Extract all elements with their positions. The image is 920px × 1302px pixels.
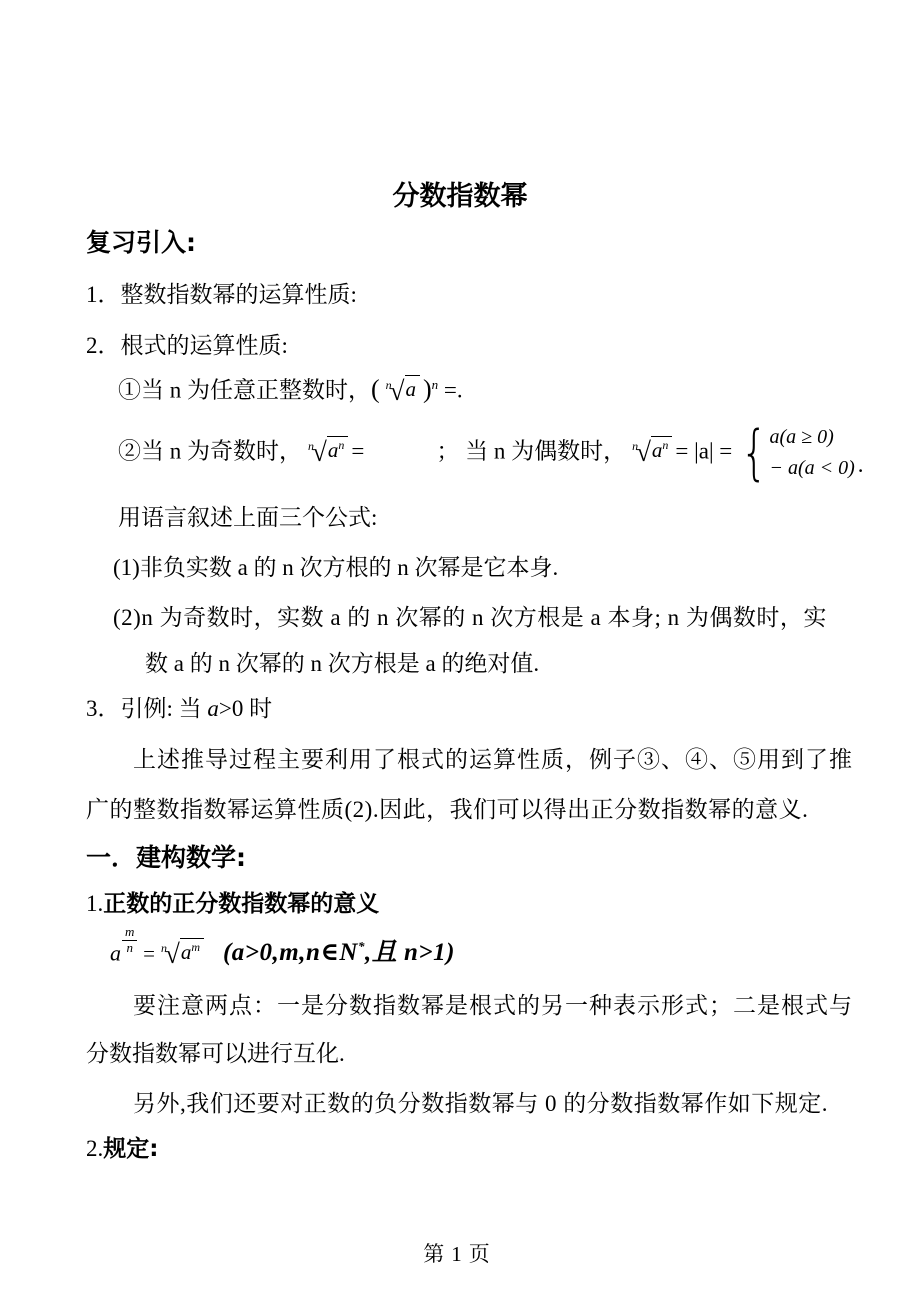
definition-formula-line: amn =n√am(a>0,m,n∈N*,且 n>1) — [110, 932, 455, 970]
construct-heading: 一．建构数学: — [86, 843, 246, 873]
paragraph-derivation-line-1: 上述推导过程主要利用了根式的运算性质，例子③、④、⑤用到了推 — [133, 745, 853, 775]
root-index: n — [161, 933, 168, 963]
root-index: n — [632, 431, 639, 461]
case-rows: a(a ≥ 0)− a(a < 0) — [769, 422, 854, 484]
nth-root-of-a: n√a — [383, 375, 420, 405]
paragraph-derivation-line-2: 广的整数指数幂运算性质(2).因此，我们可以得出正分数指数幂的意义. — [86, 795, 808, 825]
odd-case-prefix: ②当 n 为奇数时， — [118, 438, 302, 463]
equals-sign: = — [143, 941, 155, 965]
formula-prefix-text: ①当 n 为任意正整数时， — [118, 378, 371, 403]
radicand: an — [651, 436, 673, 463]
root-index: n — [386, 370, 393, 400]
footer-suffix: 页 — [469, 1242, 497, 1266]
paragraph-negative-power: 另外,我们还要对正数的负分数指数幂与 0 的分数指数幂作如下规定. — [133, 1089, 828, 1119]
nth-root-a-pow-m: n√am — [158, 938, 204, 968]
equals-sign: = — [719, 438, 732, 463]
review-item-1: 1．整数指数幂的运算性质: — [86, 280, 357, 310]
note-line-2: 分数指数幂可以进行互化. — [86, 1039, 345, 1069]
verbal-statement-2-line-2: 数 a 的 n 次幂的 n 次方根是 a 的绝对值. — [145, 649, 539, 679]
exponent-fraction-m-over-n: mn — [122, 925, 137, 956]
verbal-heading: 用语言叙述上面三个公式: — [118, 503, 377, 533]
radicand: a — [405, 375, 421, 402]
heading-number: 2. — [86, 1136, 103, 1161]
page-number: 1 — [451, 1242, 469, 1266]
case-nonnegative: a(a ≥ 0) — [769, 422, 854, 453]
condition-text: (a>0,m,n∈N*,且 n>1) — [223, 939, 455, 966]
nth-root-a-pow-n-odd: n√an — [305, 436, 348, 466]
abs-value: |a| — [694, 438, 713, 463]
equals-blank: =. — [444, 378, 463, 403]
root-index: n — [308, 431, 315, 461]
open-paren: ( — [371, 375, 380, 404]
review-heading: 复习引入: — [86, 228, 196, 258]
page-footer: 第1页 — [0, 1238, 920, 1268]
note-line-1: 要注意两点：一是分数指数幂是根式的另一种表示形式；二是根式与 — [133, 991, 853, 1021]
radicand: am — [180, 938, 204, 965]
radicand: an — [327, 436, 349, 463]
left-brace: { — [741, 426, 768, 480]
page-title: 分数指数幂 — [0, 181, 920, 213]
variable-a: a — [207, 696, 219, 721]
equals-sign: = — [675, 438, 688, 463]
outer-power: n — [432, 377, 439, 392]
period: . — [858, 450, 864, 480]
heading-number: 1. — [86, 891, 103, 916]
even-case-prefix: ； 当 n 为偶数时， — [436, 438, 626, 463]
footer-prefix: 第 — [423, 1242, 451, 1266]
formula-line-odd-even: ②当 n 为奇数时，n√an=； 当 n 为偶数时，n√an= |a| ={a(… — [118, 422, 864, 484]
verbal-statement-1: (1)非负实数 a 的 n 次方根的 n 次幂是它本身. — [113, 553, 558, 583]
nth-root-a-pow-n-even: n√an — [629, 436, 672, 466]
case-negative: − a(a < 0) — [769, 453, 854, 484]
review-item-3: 3．引例: 当 a>0 时 — [86, 694, 272, 724]
formula-line-any-positive-integer: ①当 n 为任意正整数时，(n√a)n =. — [118, 370, 463, 407]
heading-text: 正数的正分数指数幂的意义 — [103, 891, 379, 917]
heading-text: 规定: — [103, 1136, 158, 1162]
close-paren: ) — [423, 375, 432, 404]
piecewise-cases: {a(a ≥ 0)− a(a < 0) — [735, 422, 855, 484]
review-item-2: 2．根式的运算性质: — [86, 331, 288, 361]
equals-sign: = — [351, 438, 364, 463]
verbal-statement-2-line-1: (2)n 为奇数时，实数 a 的 n 次幂的 n 次方根是 a 本身; n 为偶… — [113, 603, 827, 633]
rule-heading: 2.规定: — [86, 1134, 158, 1164]
document-page: 分数指数幂 复习引入: 1．整数指数幂的运算性质: 2．根式的运算性质: ①当 … — [0, 0, 920, 1302]
base-a: a — [110, 940, 121, 965]
positive-fraction-power-heading: 1.正数的正分数指数幂的意义 — [86, 889, 379, 919]
